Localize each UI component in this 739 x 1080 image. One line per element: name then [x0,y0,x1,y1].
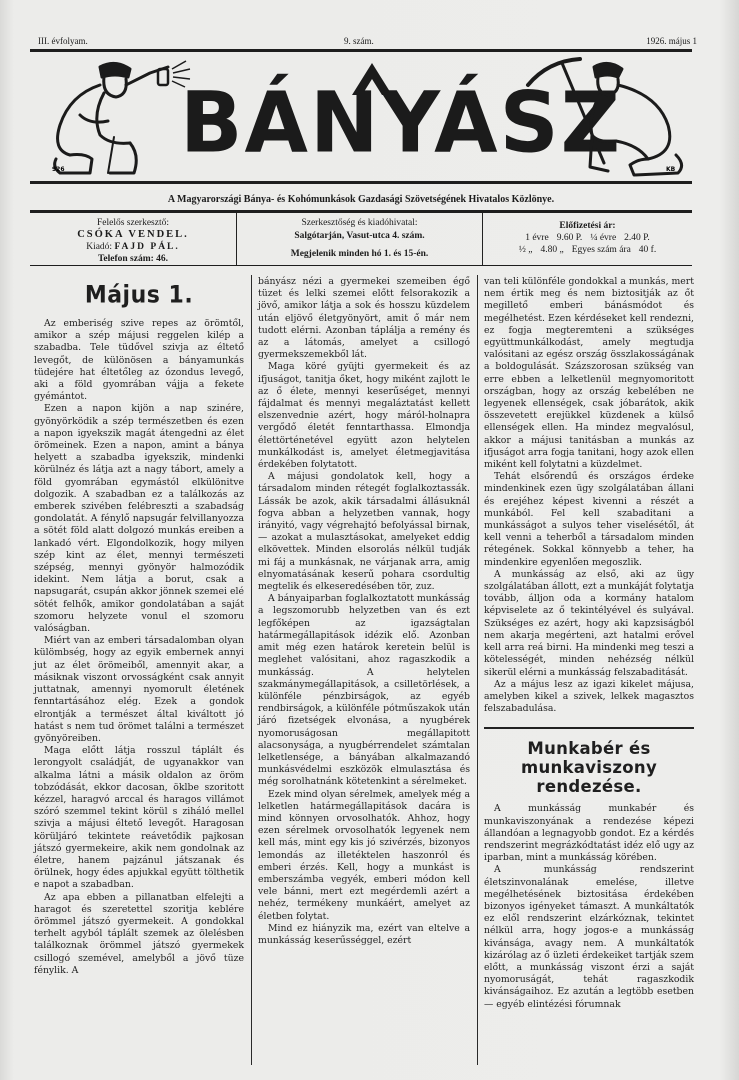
svg-text:926: 926 [52,166,65,173]
price-row-2: ½ „4.80 „Egyes szám ára40 f. [483,244,692,256]
editor-label: Felelős szerkesztő: [30,217,236,229]
article-column-1: Május 1. Az emberiség szive repes az örö… [34,282,244,977]
miner-with-pickaxe-illustration-icon: KB [518,55,693,180]
paragraph: Az apa ebben a pillanatban elfelejti a h… [34,892,244,977]
office-label: Szerkesztőség és kiadóhivatal: [237,217,482,229]
paragraph: A bányaiparban foglalkoztatott munkásság… [258,593,470,788]
paragraph: Miért van az emberi társadalomban olyan … [34,635,244,745]
column-divider-1 [251,275,252,1065]
editor-name: CSÓKA VENDEL. [30,229,236,241]
issue-date: 1926. május 1 [646,36,697,46]
editorial-staff: Felelős szerkesztő: CSÓKA VENDEL. Kiadó:… [30,213,236,265]
paragraph: Tehát elsőrendű és országos érdeke minde… [484,471,694,569]
paragraph: A munkásság munkabér és munkaviszonyának… [484,803,694,864]
paragraph: A munkásság rendszerint életszinvonalána… [484,864,694,1010]
paragraph: Maga előtt látja rosszul táplált és lero… [34,745,244,891]
column-divider-2 [477,275,478,1065]
publisher-name: FAJD PÁL. [114,242,179,252]
article-separator-rule [484,727,694,729]
publication-schedule: Megjelenik minden hó 1. és 15-én. [237,248,482,260]
article-column-3: van teli különféle gondokkal a munkás, m… [484,276,694,1011]
newspaper-page: III. évfolyam. 9. szám. 1926. május 1 [0,0,739,1080]
paragraph: Maga köré gyüjti gyermekeit és az ifjusá… [258,361,470,471]
paragraph: bányász nézi a gyermekei szemeiben égő t… [258,276,470,361]
publisher-line: Kiadó: FAJD PÁL. [30,241,236,253]
article-title-majus: Május 1. [34,281,244,312]
issue-number: 9. szám. [344,36,374,46]
subscription-info: Előfizetési ár: 1 évre9.60 P.¼ évre2.40 … [483,213,692,265]
article-column-2: bányász nézi a gyermekei szemeiben égő t… [258,276,470,947]
masthead-bottom-rule [30,181,692,184]
paragraph: van teli különféle gondokkal a munkás, m… [484,276,694,471]
paragraph: A májusi gondolatok kell, hogy a társada… [258,471,470,593]
subscription-label: Előfizetési ár: [483,220,692,232]
article-title-munkaber: Munkabér és munkaviszony rendezése. [484,739,694,796]
masthead-subtitle: A Magyarországi Bánya- és Kohómunkások G… [30,194,692,205]
paragraph: Mind ez hiányzik ma, ezért van eltelve a… [258,923,470,947]
paragraph: Az a május lesz az igazi kikelet májusa,… [484,679,694,716]
office-info: Szerkesztőség és kiadóhivatal: Salgótarj… [236,213,483,265]
svg-text:KB: KB [666,166,676,173]
phone-number: Telefon szám: 46. [30,253,236,265]
publication-info-box: Felelős szerkesztő: CSÓKA VENDEL. Kiadó:… [30,210,692,266]
masthead: 926 BÁNYÁSZ KB [30,55,692,180]
volume-label: III. évfolyam. [38,36,88,46]
office-address: Salgótarján, Vasut-utca 4. szám. [237,230,482,242]
paragraph: Az emberiség szive repes az örömtől, ami… [34,318,244,403]
paragraph: Ezen a napon kijön a nap szinére, gyönyö… [34,403,244,635]
header-rule [30,49,692,52]
paragraph: Ezek mind olyan sérelmek, amelyek még a … [258,789,470,923]
paragraph: A munkásság az első, aki az ügy szolgála… [484,569,694,679]
price-row-1: 1 évre9.60 P.¼ évre2.40 P. [483,232,692,244]
